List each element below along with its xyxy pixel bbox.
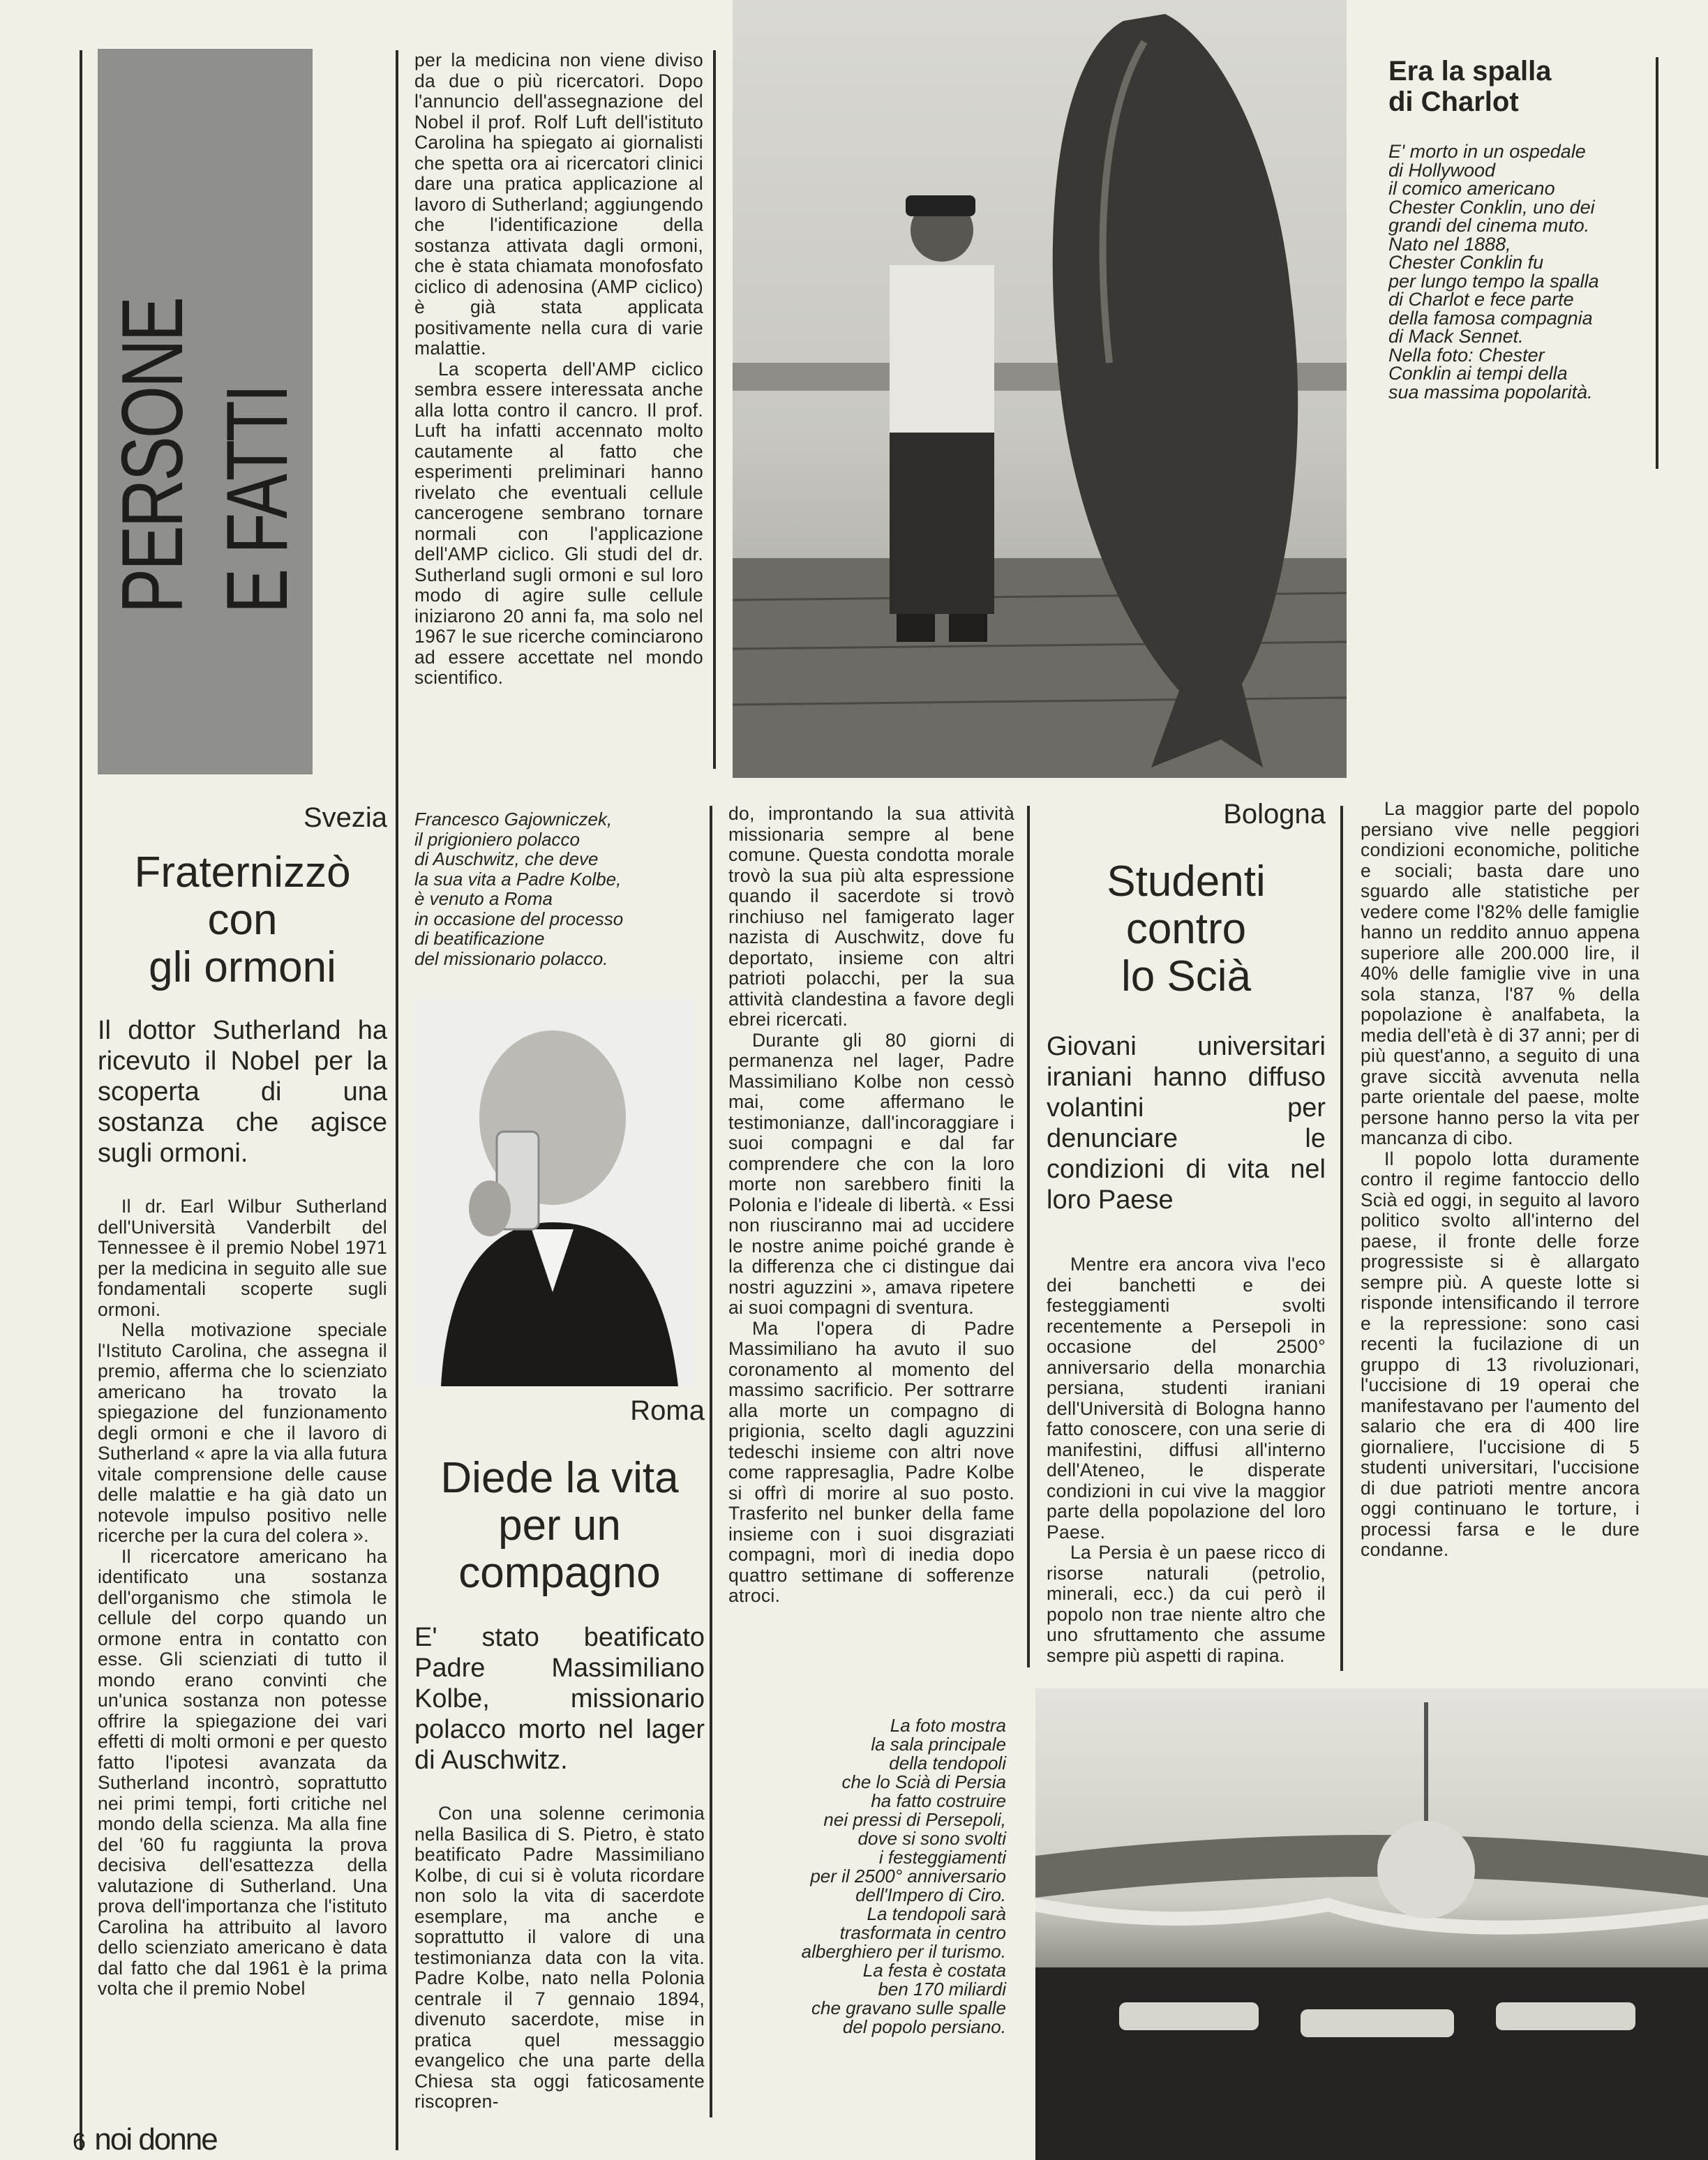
fish-photo-image	[733, 0, 1347, 778]
sutherland-continuation: per la medicina non viene diviso da due …	[414, 50, 703, 689]
tendopoli-caption: La foto mostra la sala principale della …	[767, 1716, 1006, 2037]
article-body: Con una solenne cerimonia nella Basilica…	[414, 1803, 705, 2113]
kolbe-photo	[413, 999, 695, 1386]
deck: E' stato beatificato Padre Massimiliano …	[414, 1622, 705, 1776]
section-title: PERSONE E FATTI	[100, 210, 310, 613]
column-rule	[1027, 806, 1030, 1667]
charlot-caption: E' morto in un ospedale di Hollywood il …	[1388, 142, 1668, 401]
column-rule	[80, 50, 82, 2150]
charlot-story: Era la spalla di Charlot E' morto in un …	[1388, 56, 1668, 401]
column-rule	[396, 50, 398, 2150]
headline: Fraternizzò con gli ormoni	[98, 849, 387, 991]
headline: Diede la vita per un compagno	[414, 1455, 705, 1597]
kolbe-photo-caption: Francesco Gajowniczek, il prigioniero po…	[414, 809, 707, 968]
scia-story: Bologna Studenti contro lo Scià Giovani …	[1047, 799, 1326, 1666]
banquet-hall-photo-image	[1035, 1688, 1708, 2160]
charlot-headline: Era la spalla di Charlot	[1388, 56, 1668, 117]
column-rule	[1340, 806, 1343, 1671]
headline: Studenti contro lo Scià	[1047, 858, 1326, 1000]
tendopoli-photo	[1035, 1688, 1708, 2160]
dateline: Svezia	[98, 802, 387, 834]
man-drinking-photo-image	[413, 999, 695, 1386]
magazine-logo: noi donne	[94, 2122, 216, 2157]
article-body: Mentre era ancora viva l'eco dei banchet…	[1047, 1254, 1326, 1666]
page-footer: 6 noi donne	[73, 2122, 217, 2157]
column-rule	[713, 50, 716, 769]
column-rule	[710, 806, 712, 2117]
scia-continuation: La maggior parte del popolo persiano viv…	[1361, 799, 1640, 1561]
page-number: 6	[73, 2129, 86, 2155]
article-body: Il dr. Earl Wilbur Sutherland dell'Unive…	[98, 1197, 387, 2000]
kolbe-continuation: do, improntando la sua attività missiona…	[728, 804, 1014, 1607]
sutherland-story: Svezia Fraternizzò con gli ormoni Il dot…	[98, 802, 387, 2000]
section-banner: PERSONE E FATTI	[98, 49, 313, 774]
deck: Il dottor Sutherland ha ricevuto il Nobe…	[98, 1015, 387, 1169]
dateline: Roma	[414, 1395, 705, 1427]
charlot-photo	[733, 0, 1347, 778]
deck: Giovani universitari iraniani hanno diff…	[1047, 1031, 1326, 1215]
kolbe-story: Roma Diede la vita per un compagno E' st…	[414, 1395, 705, 2113]
dateline: Bologna	[1047, 799, 1326, 830]
